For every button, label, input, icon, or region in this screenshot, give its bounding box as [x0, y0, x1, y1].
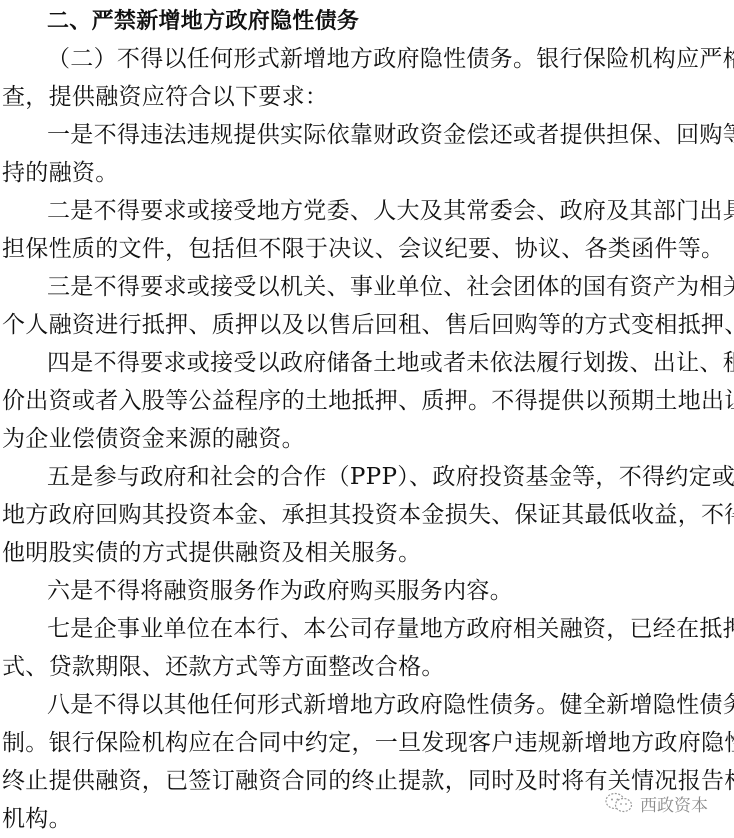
watermark: 西政资本	[604, 790, 708, 816]
paragraph-line: 查，提供融资应符合以下要求：	[2, 82, 328, 112]
paragraph-line: 他明股实债的方式提供融资及相关服务。	[2, 538, 421, 568]
paragraph-line: 价出资或者入股等公益程序的土地抵押、质押。不得提供以预期土地出让收入作	[2, 386, 734, 416]
paragraph-line: 五是参与政府和社会的合作（PPP）、政府投资基金等，不得约定或要求由	[47, 462, 734, 492]
watermark-text: 西政资本	[640, 791, 708, 816]
paragraph-line: 机构。	[2, 804, 72, 834]
paragraph-line: （二）不得以任何形式新增地方政府隐性债务。银行保险机构应严格尽职调	[47, 44, 734, 74]
paragraph-line: 四是不得要求或接受以政府储备土地或者未依法履行划拨、出让、租赁、作	[47, 348, 734, 378]
paragraph-line: 一是不得违法违规提供实际依靠财政资金偿还或者提供担保、回购等信用支	[47, 120, 734, 150]
paragraph-line: 个人融资进行抵押、质押以及以售后回租、售后回购等的方式变相抵押、质押。	[2, 310, 734, 340]
paragraph-line: 七是企事业单位在本行、本公司存量地方政府相关融资，已经在抵押担保方	[47, 614, 734, 644]
paragraph-line: 为企业偿债资金来源的融资。	[2, 424, 305, 454]
paragraph-line: 三是不得要求或接受以机关、事业单位、社会团体的国有资产为相关单位和	[47, 272, 734, 302]
paragraph-line: 二是不得要求或接受地方党委、人大及其常委会、政府及其部门出具承诺或	[47, 196, 734, 226]
paragraph-line: 制。银行保险机构应在合同中约定，一旦发现客户违规新增地方政府隐性债务将	[2, 728, 734, 758]
paragraph-line: 担保性质的文件，包括但不限于决议、会议纪要、协议、各类函件等。	[2, 234, 724, 264]
wechat-icon	[604, 791, 634, 815]
paragraph-line: 式、贷款期限、还款方式等方面整改合格。	[2, 652, 445, 682]
paragraph-line: 八是不得以其他任何形式新增地方政府隐性债务。健全新增隐性债务发现机	[47, 690, 734, 720]
paragraph-line: 持的融资。	[2, 158, 119, 188]
paragraph-line: 六是不得将融资服务作为政府购买服务内容。	[47, 576, 513, 606]
section-heading: 二、严禁新增地方政府隐性债务	[47, 6, 359, 36]
paragraph-line: 地方政府回购其投资本金、承担其投资本金损失、保证其最低收益，不得通过其	[2, 500, 734, 530]
